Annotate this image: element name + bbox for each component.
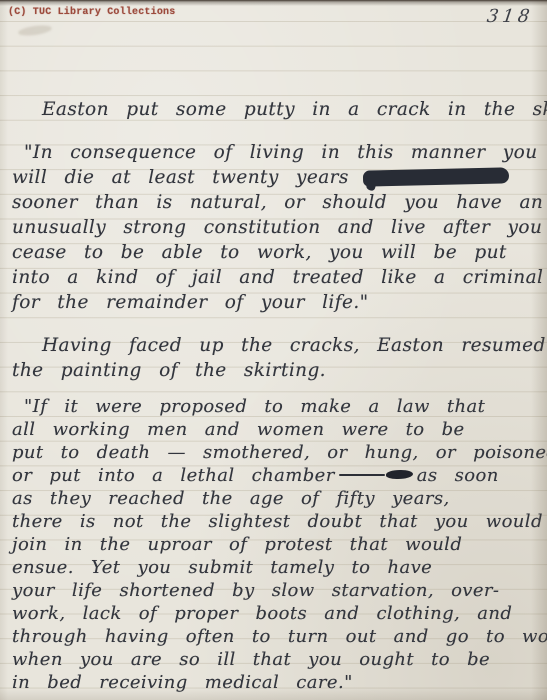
handwritten-line: there is not the slightest doubt that yo… [12, 510, 541, 533]
handwritten-line: when you are so ill that you ought to be [12, 648, 541, 671]
handwritten-line: for the remainder of your life." [12, 290, 541, 315]
handwritten-text: will die at least twenty years [12, 167, 349, 188]
handwritten-line: put to death — smothered, or hung, or po… [12, 441, 541, 464]
handwritten-line: your life shortened by slow starvation, … [12, 579, 541, 602]
manuscript-page: (C) TUC Library Collections 318 Easton p… [0, 0, 547, 700]
paragraph-1: Easton put some putty in a crack in the … [12, 97, 541, 122]
dash-stroke [339, 474, 385, 476]
manuscript-text: Easton put some putty in a crack in the … [0, 0, 547, 700]
handwritten-line: into a kind of jail and treated like a c… [12, 265, 541, 290]
handwritten-line: sooner than is natural, or should you ha… [12, 190, 541, 215]
paragraph-4: "If it were proposed to make a law that … [12, 395, 541, 694]
handwritten-line: "In consequence of living in this manner… [12, 140, 541, 165]
handwritten-line: all working men and women were to be [12, 418, 541, 441]
handwritten-line: cease to be able to work, you will be pu… [12, 240, 541, 265]
ink-blot [386, 470, 413, 479]
handwritten-line: as they reached the age of fifty years, [12, 487, 541, 510]
redaction-mark [363, 167, 509, 186]
handwritten-line: will die at least twenty years [12, 165, 541, 190]
handwritten-line: Easton put some putty in a crack in the … [12, 97, 541, 122]
handwritten-line: unusually strong constitution and live a… [12, 215, 541, 240]
paragraph-3: Having faced up the cracks, Easton resum… [12, 333, 541, 383]
handwritten-line: "If it were proposed to make a law that [12, 395, 541, 418]
handwritten-line: work, lack of proper boots and clothing,… [12, 602, 541, 625]
handwritten-text: or put into a lethal chamber [12, 465, 335, 486]
handwritten-line: in bed receiving medical care." [12, 671, 541, 694]
handwritten-line: join in the uproar of protest that would [12, 533, 541, 556]
handwritten-line: the painting of the skirting. [12, 358, 541, 383]
handwritten-line: ensue. Yet you submit tamely to have [12, 556, 541, 579]
handwritten-line: Having faced up the cracks, Easton resum… [12, 333, 541, 358]
handwritten-text: as soon [417, 465, 499, 486]
paragraph-2: "In consequence of living in this manner… [12, 140, 541, 315]
handwritten-line: or put into a lethal chamberas soon [12, 464, 541, 487]
handwritten-line: through having often to turn out and go … [12, 625, 541, 648]
